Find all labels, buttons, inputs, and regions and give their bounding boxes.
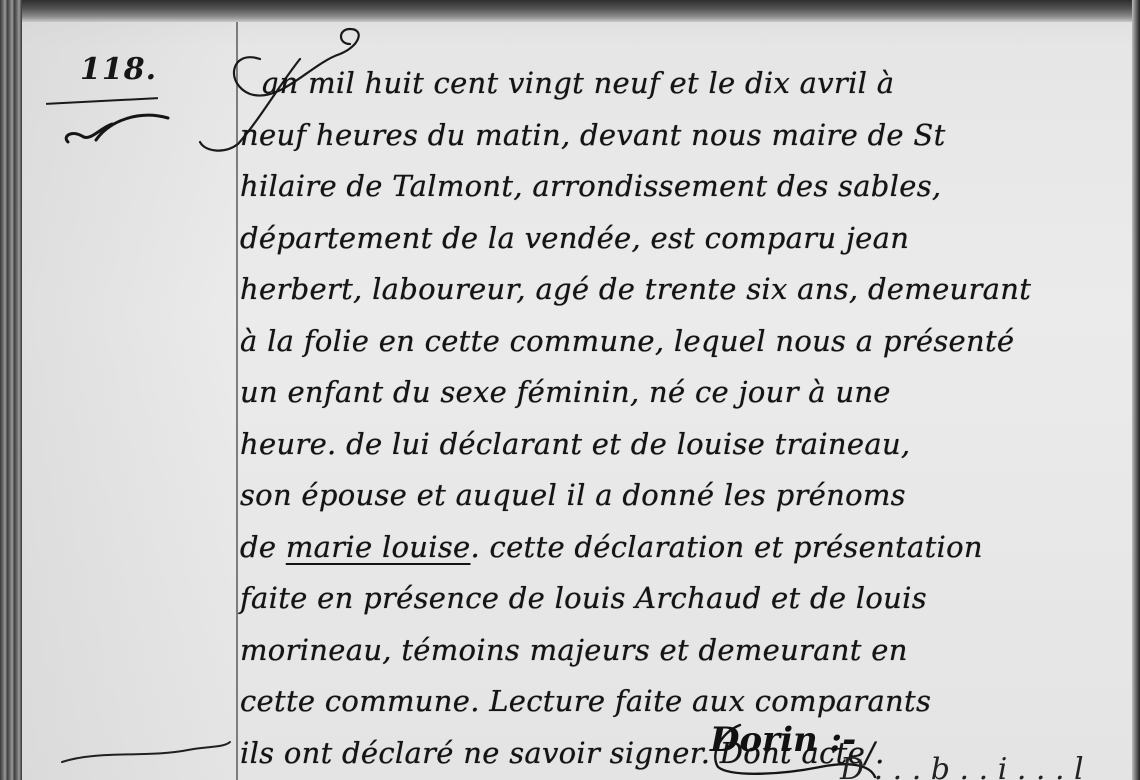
margin-n-flourish-icon <box>60 100 180 150</box>
record-line-10: de marie louise. cette déclaration et pr… <box>240 522 1130 574</box>
record-line-13: cette commune. Lecture faite aux compara… <box>240 676 1130 728</box>
record-line-1: an mil huit cent vingt neuf et le dix av… <box>240 58 1130 110</box>
record-line-12: morineau, témoins majeurs et demeurant e… <box>240 625 1130 677</box>
record-line-2: neuf heures du matin, devant nous maire … <box>240 110 1130 162</box>
book-binding <box>0 0 22 780</box>
record-line-11: faite en présence de louis Archaud et de… <box>240 573 1130 625</box>
entry-number: 118. <box>80 52 157 87</box>
record-line-8: heure. de lui déclarant et de louise tra… <box>240 419 1130 471</box>
record-line-9: son épouse et auquel il a donné les prén… <box>240 470 1130 522</box>
record-line-4: département de la vendée, est comparu je… <box>240 213 1130 265</box>
record-body: an mil huit cent vingt neuf et le dix av… <box>240 58 1130 779</box>
line-10-suffix: . cette déclaration et présentation <box>471 530 983 564</box>
record-line-6: à la folie en cette commune, lequel nous… <box>240 316 1130 368</box>
page-right-edge <box>1132 0 1140 780</box>
record-line-3: hilaire de Talmont, arrondissement des s… <box>240 161 1130 213</box>
scanned-register-page: 118. an mil huit cent vingt neuf et le d… <box>0 0 1140 780</box>
record-line-5: herbert, laboureur, agé de trente six an… <box>240 264 1130 316</box>
page-top-edge <box>0 0 1140 22</box>
next-entry-cutoff-text: D . . . b . . i . . . l <box>840 752 1084 780</box>
child-name: marie louise <box>286 530 471 564</box>
record-line-7: un enfant du sexe féminin, né ce jour à … <box>240 367 1130 419</box>
line-10-prefix: de <box>240 530 286 564</box>
mayor-signature: Dorin :- <box>710 720 856 760</box>
margin-closing-stroke-icon <box>58 740 238 770</box>
